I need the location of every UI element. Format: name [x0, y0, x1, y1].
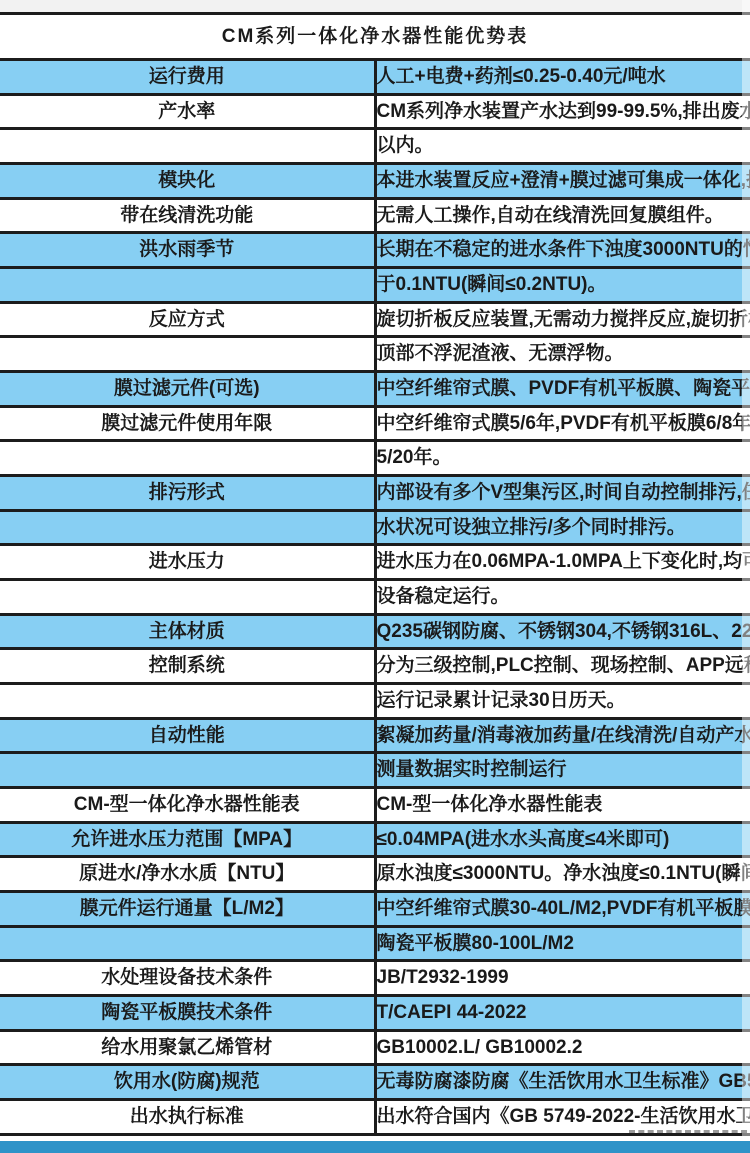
row-label: 饮用水(防腐)规范: [0, 1065, 375, 1100]
row-label: [0, 129, 375, 164]
table-row: 以内。: [0, 129, 750, 164]
table-row: 自动性能 絮凝加药量/消毒液加药量/在线清洗/自动产水根据在线仪表: [0, 718, 750, 753]
row-label: 产水率: [0, 94, 375, 129]
row-label: [0, 441, 375, 476]
row-label: 原进水/净水水质【NTU】: [0, 857, 375, 892]
table-row: 模块化 本进水装置反应+澄清+膜过滤可集成一体化,操作管理方便。: [0, 164, 750, 199]
watermark-fragments: [629, 1130, 747, 1133]
row-label: 排污形式: [0, 476, 375, 511]
row-label: [0, 510, 375, 545]
row-value: ≤0.04MPA(进水水头高度≤4米即可): [375, 822, 750, 857]
row-value: 无需人工操作,自动在线清洗回复膜组件。: [375, 198, 750, 233]
page-title: CM系列一体化净水器性能优势表: [0, 14, 750, 60]
row-label: 控制系统: [0, 649, 375, 684]
row-value: 中空纤维帘式膜、PVDF有机平板膜、陶瓷平板膜。: [375, 372, 750, 407]
table-row: 饮用水(防腐)规范 无毒防腐漆防腐《生活饮用水卫生标准》GB5749-2022标…: [0, 1065, 750, 1100]
row-value: 以内。: [375, 129, 750, 164]
table-row: 于0.1NTU(瞬间≤0.2NTU)。: [0, 268, 750, 303]
table-row: 给水用聚氯乙烯管材 GB10002.L/ GB10002.2: [0, 1030, 750, 1065]
row-value: 絮凝加药量/消毒液加药量/在线清洗/自动产水根据在线仪表: [375, 718, 750, 753]
row-value: 无毒防腐漆防腐《生活饮用水卫生标准》GB5749-2022标准: [375, 1065, 750, 1100]
row-value: 顶部不浮泥渣液、无漂浮物。: [375, 337, 750, 372]
row-label: [0, 268, 375, 303]
row-value: 运行记录累计记录30日历天。: [375, 684, 750, 719]
row-label: 运行费用: [0, 60, 375, 95]
table-row: 反应方式 旋切折板反应装置,无需动力搅拌反应,旋切折板反应无死角、: [0, 302, 750, 337]
row-value: GB10002.L/ GB10002.2: [375, 1030, 750, 1065]
row-value: 人工+电费+药剂≤0.25-0.40元/吨水: [375, 60, 750, 95]
row-value: 水状况可设独立排污/多个同时排污。: [375, 510, 750, 545]
row-label: [0, 684, 375, 719]
row-value: 于0.1NTU(瞬间≤0.2NTU)。: [375, 268, 750, 303]
row-value: 设备稳定运行。: [375, 580, 750, 615]
table-row: 陶瓷平板膜技术条件 T/CAEPI 44-2022: [0, 996, 750, 1031]
row-value: 5/20年。: [375, 441, 750, 476]
table-row: 5/20年。: [0, 441, 750, 476]
row-value: 长期在不稳定的进水条件下浊度3000NTU的情况下出水小: [375, 233, 750, 268]
row-label: 带在线清洗功能: [0, 198, 375, 233]
top-strip: [0, 0, 750, 12]
table-row: 运行费用 人工+电费+药剂≤0.25-0.40元/吨水: [0, 60, 750, 95]
row-value: T/CAEPI 44-2022: [375, 996, 750, 1031]
table-row: 设备稳定运行。: [0, 580, 750, 615]
row-label: 洪水雨季节: [0, 233, 375, 268]
row-label: 反应方式: [0, 302, 375, 337]
row-value: CM-型一体化净水器性能表: [375, 788, 750, 823]
row-label: 允许进水压力范围【MPA】: [0, 822, 375, 857]
row-value: CM系列净水装置产水达到99-99.5%,排出废水率小于1%: [375, 94, 750, 129]
table-row: 进水压力 进水压力在0.06MPA-1.0MPA上下变化时,均可使用,不影响: [0, 545, 750, 580]
row-label: 出水执行标准: [0, 1100, 375, 1135]
performance-table: CM系列一体化净水器性能优势表 运行费用 人工+电费+药剂≤0.25-0.40元…: [0, 12, 750, 1136]
row-label: [0, 580, 375, 615]
row-label: [0, 753, 375, 788]
row-label: 水处理设备技术条件: [0, 961, 375, 996]
row-value: 分为三级控制,PLC控制、现场控制、APP远程控制,所有设备: [375, 649, 750, 684]
row-value: Q235碳钢防腐、不锈钢304,不锈钢316L、2205双相钢等材质: [375, 614, 750, 649]
page: CM系列一体化净水器性能优势表 运行费用 人工+电费+药剂≤0.25-0.40元…: [0, 0, 750, 1153]
performance-table-body: CM系列一体化净水器性能优势表 运行费用 人工+电费+药剂≤0.25-0.40元…: [0, 14, 750, 1135]
table-row: 测量数据实时控制运行: [0, 753, 750, 788]
bottom-section-bar: [0, 1141, 750, 1153]
row-label: 主体材质: [0, 614, 375, 649]
row-value: 本进水装置反应+澄清+膜过滤可集成一体化,操作管理方便。: [375, 164, 750, 199]
table-row: 膜过滤元件使用年限 中空纤维帘式膜5/6年,PVDF有机平板膜6/8年,陶瓷平板…: [0, 406, 750, 441]
row-label: 自动性能: [0, 718, 375, 753]
row-value: 原水浊度≤3000NTU。净水浊度≤0.1NTU(瞬间≤0.2NTU)。: [375, 857, 750, 892]
row-label: 给水用聚氯乙烯管材: [0, 1030, 375, 1065]
table-row: 膜过滤元件(可选) 中空纤维帘式膜、PVDF有机平板膜、陶瓷平板膜。: [0, 372, 750, 407]
table-row: 原进水/净水水质【NTU】 原水浊度≤3000NTU。净水浊度≤0.1NTU(瞬…: [0, 857, 750, 892]
row-value: 中空纤维帘式膜30-40L/M2,PVDF有机平板膜40-60L/M2,: [375, 892, 750, 927]
title-row: CM系列一体化净水器性能优势表: [0, 14, 750, 60]
table-row: 水处理设备技术条件 JB/T2932-1999: [0, 961, 750, 996]
row-value: 进水压力在0.06MPA-1.0MPA上下变化时,均可使用,不影响: [375, 545, 750, 580]
table-row: 顶部不浮泥渣液、无漂浮物。: [0, 337, 750, 372]
row-value: JB/T2932-1999: [375, 961, 750, 996]
row-value: 测量数据实时控制运行: [375, 753, 750, 788]
table-row: 产水率 CM系列净水装置产水达到99-99.5%,排出废水率小于1%: [0, 94, 750, 129]
row-label: 膜过滤元件使用年限: [0, 406, 375, 441]
row-label: CM-型一体化净水器性能表: [0, 788, 375, 823]
row-label: [0, 337, 375, 372]
table-row: 洪水雨季节 长期在不稳定的进水条件下浊度3000NTU的情况下出水小: [0, 233, 750, 268]
row-label: 膜过滤元件(可选): [0, 372, 375, 407]
table-row: 陶瓷平板膜80-100L/M2: [0, 926, 750, 961]
row-value: 陶瓷平板膜80-100L/M2: [375, 926, 750, 961]
table-row: 主体材质 Q235碳钢防腐、不锈钢304,不锈钢316L、2205双相钢等材质: [0, 614, 750, 649]
table-row: CM-型一体化净水器性能表 CM-型一体化净水器性能表: [0, 788, 750, 823]
row-label: 陶瓷平板膜技术条件: [0, 996, 375, 1031]
row-label: [0, 926, 375, 961]
table-row: 控制系统 分为三级控制,PLC控制、现场控制、APP远程控制,所有设备: [0, 649, 750, 684]
table-row: 运行记录累计记录30日历天。: [0, 684, 750, 719]
table-row: 水状况可设独立排污/多个同时排污。: [0, 510, 750, 545]
row-label: 膜元件运行通量【L/M2】: [0, 892, 375, 927]
row-value: 旋切折板反应装置,无需动力搅拌反应,旋切折板反应无死角、: [375, 302, 750, 337]
row-label: 模块化: [0, 164, 375, 199]
row-value: 中空纤维帘式膜5/6年,PVDF有机平板膜6/8年,陶瓷平板膜1: [375, 406, 750, 441]
row-value: 内部设有多个V型集污区,时间自动控制排污,任意根据现场来: [375, 476, 750, 511]
table-row: 带在线清洗功能 无需人工操作,自动在线清洗回复膜组件。: [0, 198, 750, 233]
table-row: 允许进水压力范围【MPA】 ≤0.04MPA(进水水头高度≤4米即可): [0, 822, 750, 857]
row-label: 进水压力: [0, 545, 375, 580]
table-row: 膜元件运行通量【L/M2】 中空纤维帘式膜30-40L/M2,PVDF有机平板膜…: [0, 892, 750, 927]
table-row: 排污形式 内部设有多个V型集污区,时间自动控制排污,任意根据现场来: [0, 476, 750, 511]
